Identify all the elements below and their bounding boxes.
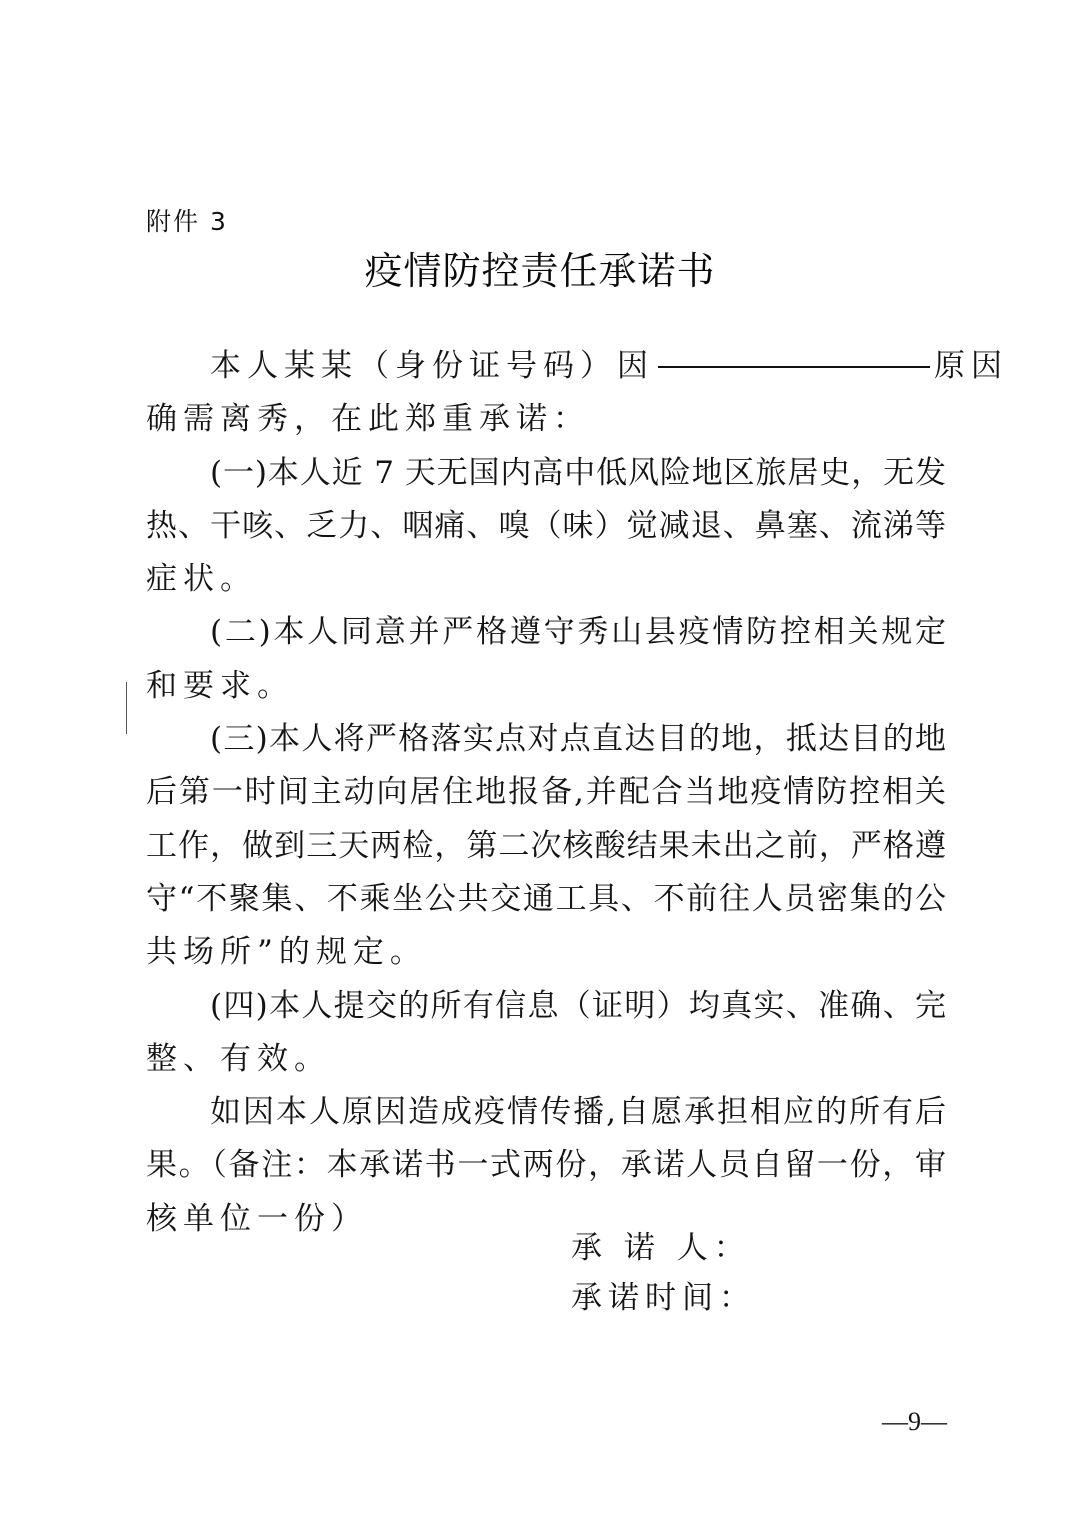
paragraph-item-2: (二)本人同意并严格遵守秀山县疫情防控相关规定 和要求。 [146, 606, 946, 713]
text-line: 热、干咳、乏力、咽痛、嗅（味）觉减退、鼻塞、流涕等 [146, 500, 946, 553]
paragraph-item-4: (四)本人提交的所有信息（证明）均真实、准确、完 整、有效。 [146, 980, 946, 1087]
text-line: 共场所”的规定。 [146, 926, 946, 979]
text-line: (三)本人将严格落实点对点直达目的地，抵达目的地 [146, 713, 946, 766]
promisor-signature-label: 承 诺 人： [571, 1222, 751, 1275]
document-body: 本人某某（身份证号码）因原因 确需离秀，在此郑重承诺： (一)本人近 7 天无国… [146, 340, 946, 1246]
text-line: (四)本人提交的所有信息（证明）均真实、准确、完 [146, 980, 946, 1033]
text-line: 果。（备注：本承诺书一式两份，承诺人员自留一份，审 [146, 1139, 946, 1192]
paragraph-intro: 本人某某（身份证号码）因原因 确需离秀，在此郑重承诺： [146, 340, 946, 447]
text-line: 如因本人原因造成疫情传播,自愿承担相应的所有后 [146, 1086, 946, 1139]
reason-blank-field[interactable] [658, 365, 930, 368]
text-line: 症状。 [146, 553, 946, 606]
intro-text-after: 原因 [934, 348, 1008, 384]
margin-line-mark [126, 682, 127, 734]
paragraph-closing: 如因本人原因造成疫情传播,自愿承担相应的所有后 果。（备注：本承诺书一式两份，承… [146, 1086, 946, 1246]
text-line: 本人某某（身份证号码）因原因 [146, 340, 946, 393]
text-line: 整、有效。 [146, 1033, 946, 1086]
text-line: 守“不聚集、不乘坐公共交通工具、不前往人员密集的公 [146, 873, 946, 926]
paragraph-item-1: (一)本人近 7 天无国内高中低风险地区旅居史，无发 热、干咳、乏力、咽痛、嗅（… [146, 447, 946, 607]
text-line: 后第一时间主动向居住地报备,并配合当地疫情防控相关 [146, 766, 946, 819]
text-line: 和要求。 [146, 660, 946, 713]
text-line: 工作，做到三天两检，第二次核酸结果未出之前，严格遵 [146, 820, 946, 873]
page-number: —9— [882, 1407, 947, 1437]
text-line: (二)本人同意并严格遵守秀山县疫情防控相关规定 [146, 606, 946, 659]
attachment-label: 附件 3 [146, 202, 228, 238]
promise-date-label: 承诺时间： [571, 1272, 756, 1325]
paragraph-item-3: (三)本人将严格落实点对点直达目的地，抵达目的地 后第一时间主动向居住地报备,并… [146, 713, 946, 979]
text-line: 确需离秀，在此郑重承诺： [146, 393, 946, 446]
intro-text: 本人某某（身份证号码）因 [210, 348, 654, 384]
text-line: (一)本人近 7 天无国内高中低风险地区旅居史，无发 [146, 447, 946, 500]
text-line: 核单位一份） [146, 1193, 946, 1246]
document-title: 疫情防控责任承诺书 [0, 240, 1080, 295]
